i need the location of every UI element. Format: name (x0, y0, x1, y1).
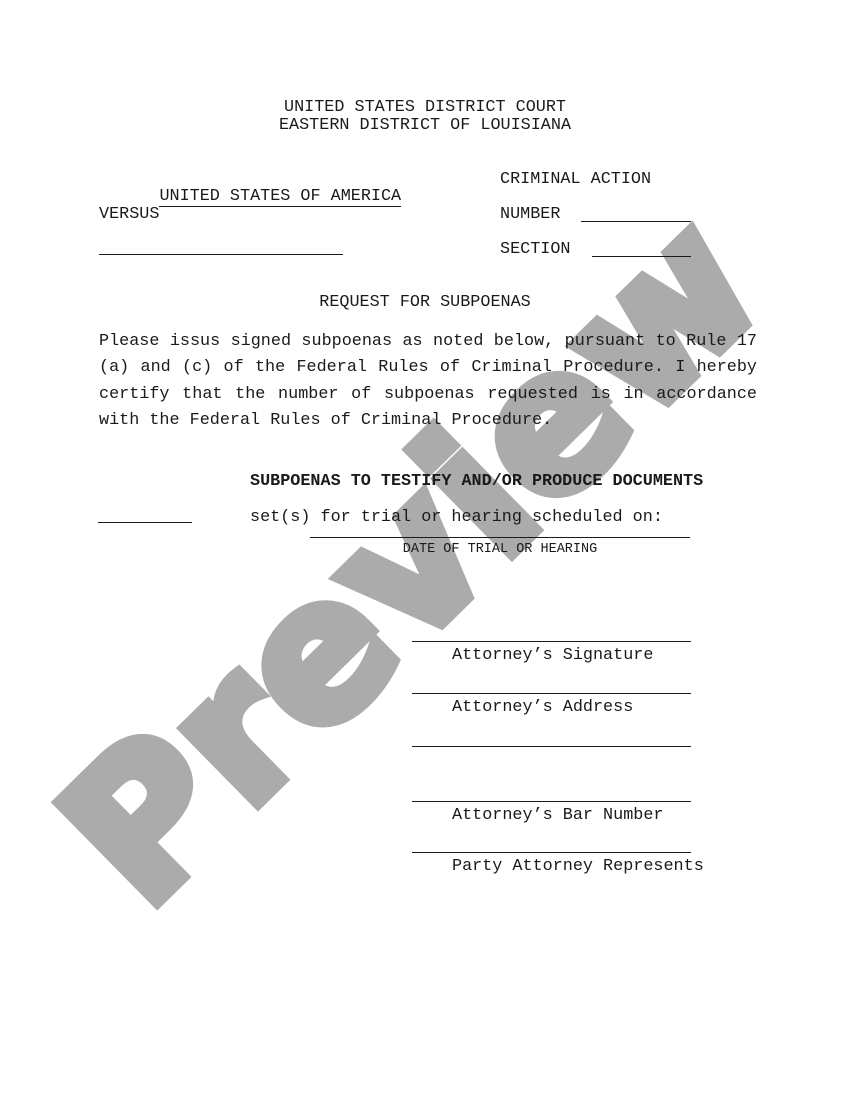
section-label: SECTION (500, 241, 571, 258)
court-header: UNITED STATES DISTRICT COURT EASTERN DIS… (0, 99, 850, 135)
subpoenas-heading: SUBPOENAS TO TESTIFY AND/OR PRODUCE DOCU… (250, 473, 703, 490)
sets-count-blank-line (98, 522, 192, 523)
attorney-signature-line (412, 641, 691, 642)
attorney-bar-number-line (412, 801, 691, 802)
sets-label: set(s) for trial or hearing scheduled on… (250, 509, 663, 526)
party-represented-label: Party Attorney Represents (452, 858, 704, 875)
party-represented-line (412, 852, 691, 853)
attorney-address-line (412, 693, 691, 694)
document-title: REQUEST FOR SUBPOENAS (0, 294, 850, 311)
number-label: NUMBER (500, 206, 560, 223)
body-paragraph: Please issus signed subpoenas as noted b… (99, 329, 757, 434)
attorney-address-label: Attorney’s Address (452, 699, 633, 716)
court-name-line1: UNITED STATES DISTRICT COURT (0, 99, 850, 117)
criminal-action-label: CRIMINAL ACTION (500, 171, 651, 188)
date-caption-label: DATE OF TRIAL OR HEARING (310, 543, 690, 557)
paragraph-line: certify that the number of subpoenas req… (99, 382, 757, 408)
defendant-blank-line (99, 254, 343, 255)
number-blank-line (581, 221, 691, 222)
section-blank-line (592, 256, 691, 257)
trial-date-blank-line (310, 537, 690, 538)
attorney-bar-number-label: Attorney’s Bar Number (452, 807, 663, 824)
paragraph-line: with the Federal Rules of Criminal Proce… (99, 408, 757, 434)
attorney-signature-label: Attorney’s Signature (452, 647, 653, 664)
attorney-address-line-2 (412, 746, 691, 747)
plaintiff-underlined-text: UNITED STATES OF AMERICA (159, 188, 401, 207)
document-content: UNITED STATES DISTRICT COURT EASTERN DIS… (0, 0, 850, 1100)
paragraph-line: (a) and (c) of the Federal Rules of Crim… (99, 355, 757, 381)
versus-label: VERSUS (99, 206, 159, 223)
court-name-line2: EASTERN DISTRICT OF LOUISIANA (0, 117, 850, 135)
document-page: Preview UNITED STATES DISTRICT COURT EAS… (0, 0, 850, 1100)
paragraph-line: Please issus signed subpoenas as noted b… (99, 329, 757, 355)
